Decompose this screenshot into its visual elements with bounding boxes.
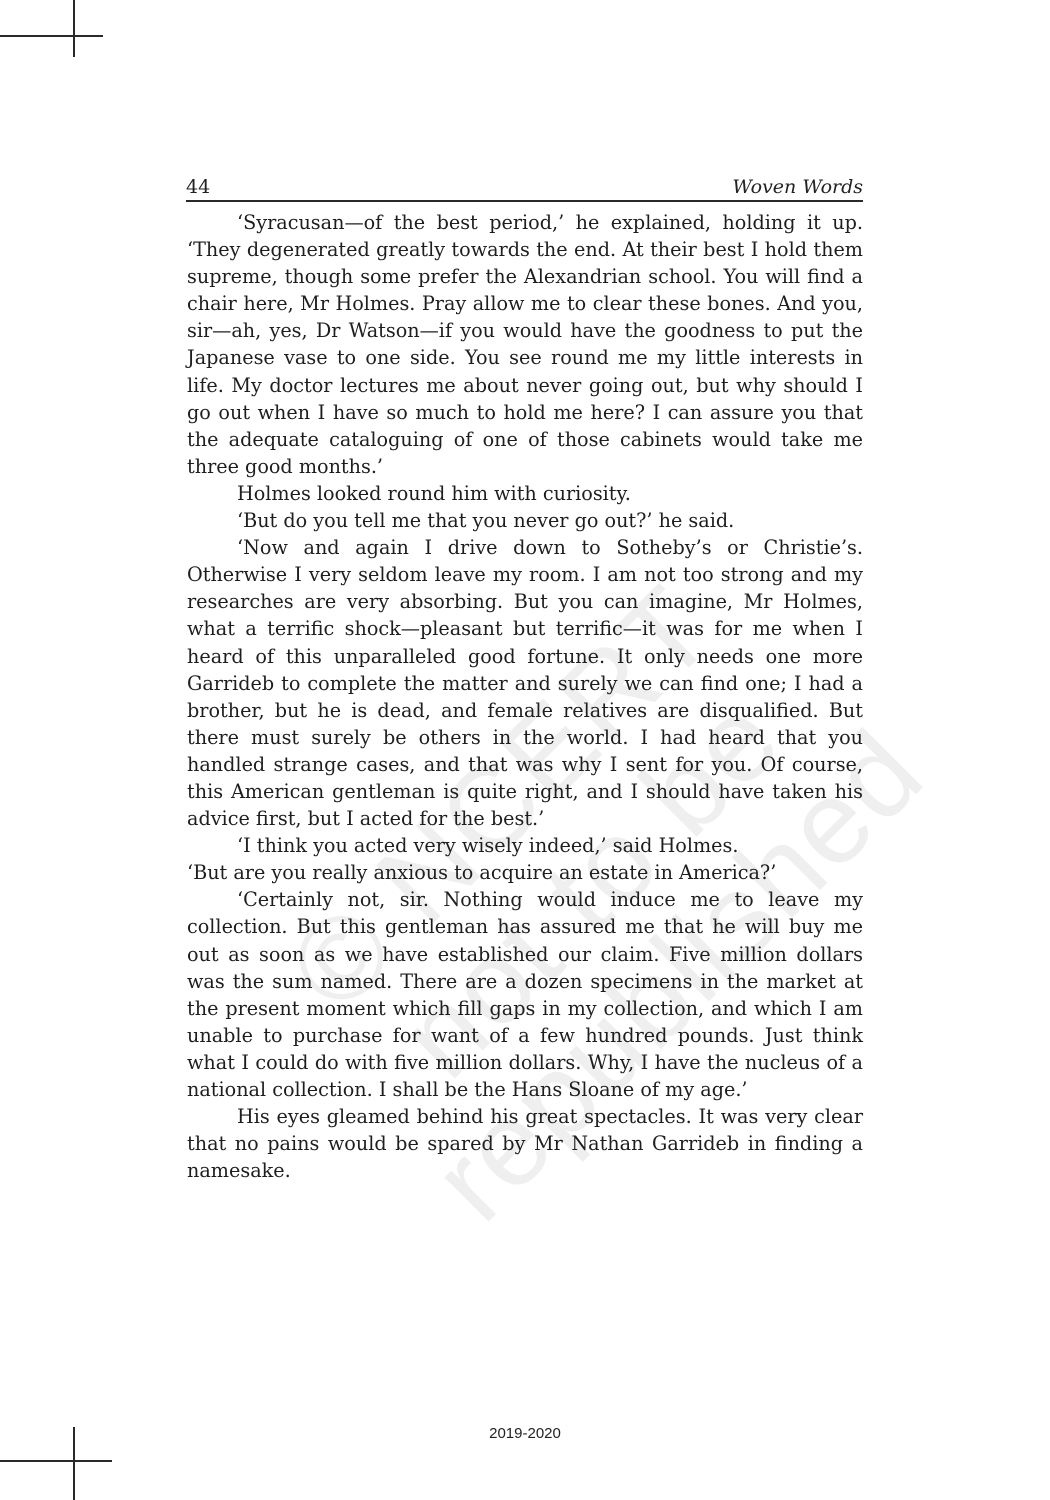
paragraph: His eyes gleamed behind his great specta… — [187, 1103, 863, 1184]
paragraph: ‘Certainly not, sir. Nothing would induc… — [187, 886, 863, 1103]
crop-mark-bottom-left-horizontal — [0, 1460, 112, 1462]
page-number: 44 — [186, 176, 210, 198]
running-title: Woven Words — [732, 176, 863, 198]
paragraph: ‘Now and again I drive down to Sotheby’s… — [187, 534, 863, 832]
footer-year: 2019-2020 — [0, 1425, 1050, 1442]
paragraph: ‘But do you tell me that you never go ou… — [187, 507, 863, 534]
paragraph: ‘But are you really anxious to acquire a… — [187, 859, 863, 886]
body-text: ‘Syracusan—of the best period,’ he expla… — [187, 209, 863, 1184]
paragraph: ‘I think you acted very wisely indeed,’ … — [187, 832, 863, 859]
paragraph: ‘Syracusan—of the best period,’ he expla… — [187, 209, 863, 480]
paragraph: Holmes looked round him with curiosity. — [187, 480, 863, 507]
crop-mark-top-left-vertical — [73, 0, 75, 57]
crop-mark-top-left-horizontal — [0, 35, 103, 37]
page-header: 44 Woven Words — [186, 174, 863, 202]
